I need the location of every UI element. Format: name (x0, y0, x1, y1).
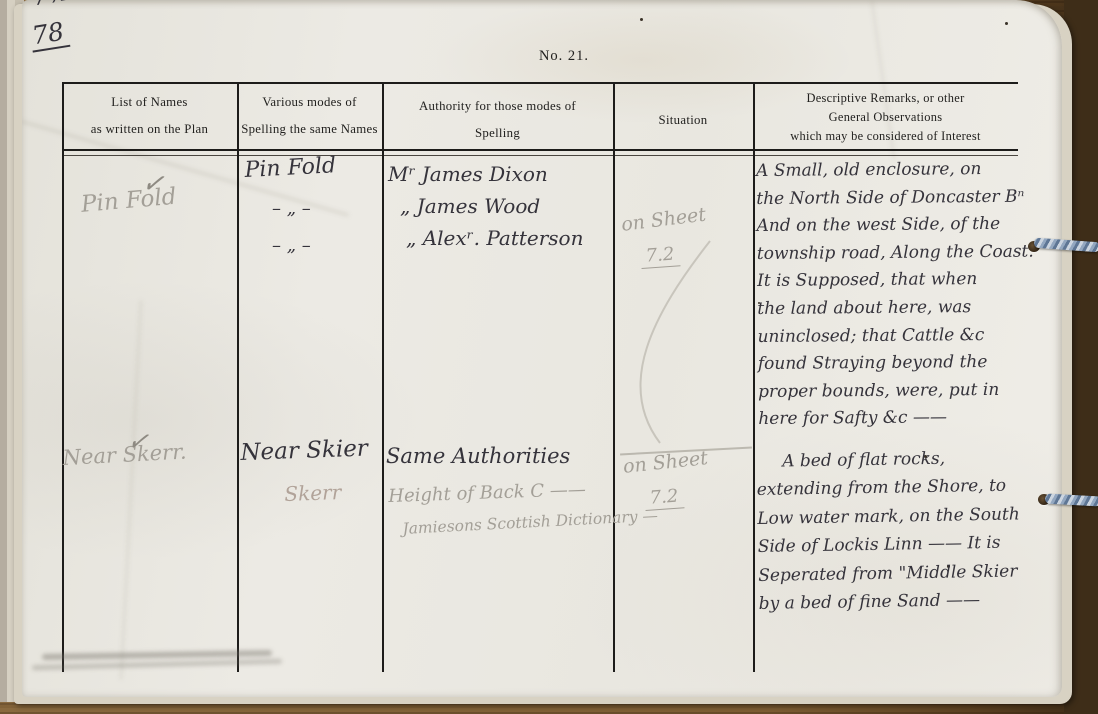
table-left-border (62, 82, 64, 672)
remarks-paragraph: A bed of flat rocks, extending from the … (756, 443, 1019, 618)
remarks-paragraph: A Small, old enclosure, on the North Sid… (756, 156, 1018, 434)
remarks-line: uninclosed; that Cattle &c (757, 321, 1017, 351)
authority-entry: Mʳ James Dixon (388, 162, 548, 186)
ink-speck (1005, 22, 1008, 25)
remarks-line: extending from the Shore, to (756, 472, 1016, 505)
spelling-entry: Pin Fold (244, 153, 337, 183)
spelling-entry: Near Skier (240, 436, 368, 466)
document-page: 7½ 78 No. 21. List of Names as written o… (22, 0, 1062, 697)
column-header-names: List of Names as written on the Plan (62, 86, 237, 146)
ditto-mark: – „ – (272, 235, 311, 256)
ditto-mark: – „ – (272, 198, 311, 219)
column-divider-2 (382, 82, 384, 672)
remarks-line: Side of Lockis Linn —— It is (757, 529, 1017, 562)
authority-entry-pencil: Height of Back C —— (388, 479, 586, 507)
header-line: Situation (659, 112, 708, 128)
authority-entry: Same Authorities (386, 444, 570, 468)
column-header-situation: Situation (613, 105, 753, 135)
header-line: General Observations (829, 108, 943, 127)
sheet-number: 7.2 (644, 485, 684, 511)
authority-entry-pencil: Jamiesons Scottish Dictionary — (402, 507, 658, 538)
situation-entry: on Sheet (620, 204, 707, 236)
header-line: Descriptive Remarks, or other (806, 89, 964, 108)
authority-entry: „ Alexʳ. Patterson (406, 226, 583, 250)
header-line: Various modes of (262, 89, 356, 116)
remarks-line: the North Side of Doncaster Bⁿ (756, 183, 1016, 213)
page-stack-edge (0, 0, 7, 702)
header-line: Spelling (475, 120, 520, 147)
table-header-rule-thin (62, 155, 1018, 156)
page-number-partial: 7½ (30, 0, 73, 12)
remarks-line: proper bounds, were, put in (758, 376, 1018, 406)
document-number: No. 21. (494, 48, 634, 65)
column-header-authority: Authority for those modes of Spelling (382, 90, 613, 150)
ink-speck (640, 18, 643, 21)
remarks-line: here for Safty &c —— (758, 404, 1018, 434)
remarks-line: Low water mark, on the South (757, 500, 1017, 533)
remarks-line: township road, Along the Coast. (757, 239, 1017, 269)
header-line: Authority for those modes of (419, 93, 576, 120)
authority-entry: „ James Wood (400, 194, 540, 218)
remarks-line: A Small, old enclosure, on (756, 156, 1016, 186)
paper-crease (120, 300, 142, 680)
column-header-remarks: Descriptive Remarks, or other General Ob… (753, 88, 1018, 146)
remarks-line: by a bed of fine Sand —— (758, 585, 1018, 618)
column-divider-4 (753, 82, 755, 672)
header-line: as written on the Plan (91, 116, 209, 143)
remarks-line: It is Supposed, that when (757, 266, 1017, 296)
header-line: which may be considered of Interest (790, 127, 980, 146)
spelling-entry-pencil: Skerr (284, 480, 342, 506)
pencil-smudge (32, 659, 282, 671)
remarks-line: found Straying beyond the (758, 349, 1018, 379)
remarks-line: A bed of flat rocks, (756, 443, 1016, 476)
header-line: Spelling the same Names (241, 116, 378, 143)
stray-pencil-stroke (582, 235, 752, 455)
page-number: 78 (28, 16, 70, 53)
column-divider-1 (237, 82, 239, 672)
table-top-rule (62, 82, 1018, 84)
remarks-line: Seperated from "Middle Skier (758, 557, 1018, 590)
header-line: List of Names (111, 89, 187, 116)
column-header-spelling-modes: Various modes of Spelling the same Names (237, 86, 382, 146)
remarks-line: And on the west Side, of the (756, 211, 1016, 241)
plan-name-pencil: Pin Fold (80, 184, 177, 218)
remarks-line: the land about here, was (757, 294, 1017, 324)
